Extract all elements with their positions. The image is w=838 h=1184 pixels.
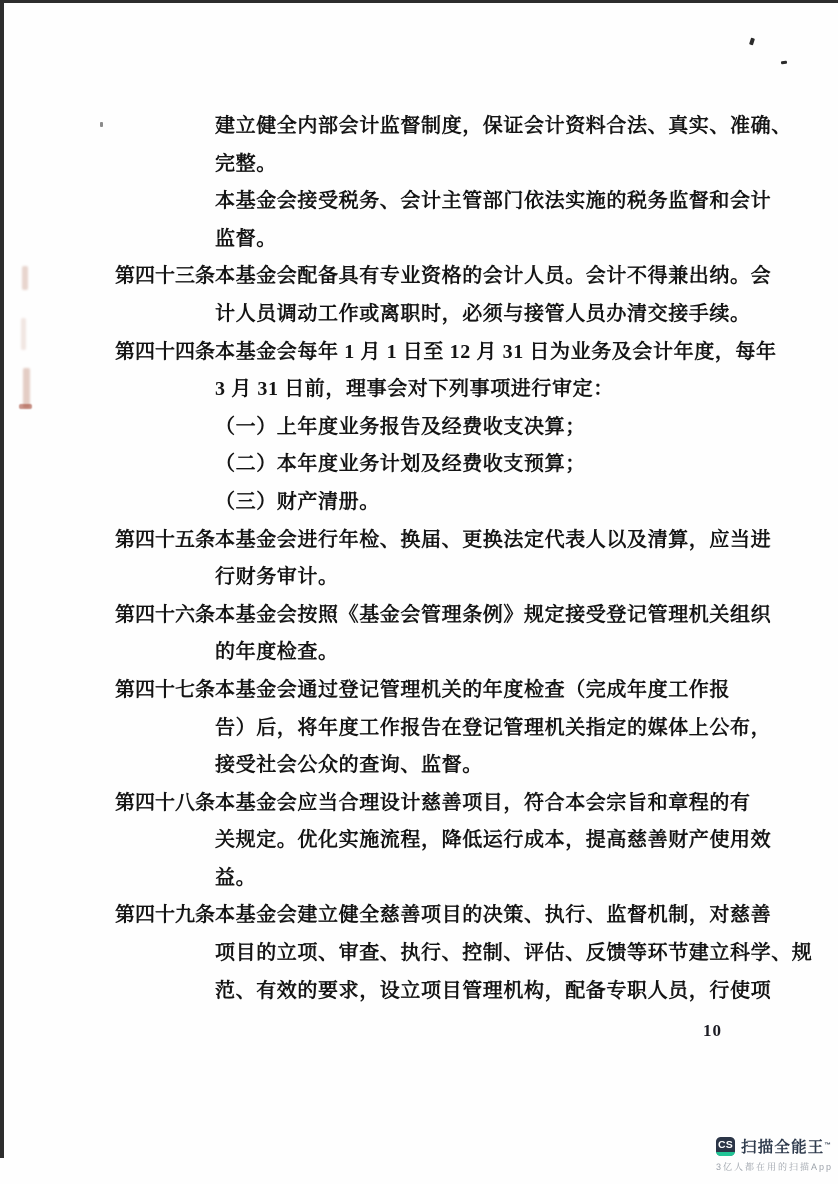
text-line: 项目的立项、审查、执行、控制、评估、反馈等环节建立科学、规 bbox=[215, 935, 805, 973]
text-line: （二）本年度业务计划及经费收支预算； bbox=[215, 446, 805, 484]
article-block-43: 第四十三条 本基金会配备具有专业资格的会计人员。会计不得兼出纳。会 计人员调动工… bbox=[115, 258, 805, 333]
text-line: （一）上年度业务报告及经费收支决算； bbox=[215, 409, 805, 447]
article-text: 本基金会按照《基金会管理条例》规定接受登记管理机关组织 的年度检查。 bbox=[215, 597, 805, 672]
document-body: 建立健全内部会计监督制度，保证会计资料合法、真实、准确、 完整。 本基金会接受税… bbox=[115, 108, 805, 1010]
camscanner-logo-letters: CS bbox=[718, 1140, 733, 1151]
text-line: 行财务审计。 bbox=[215, 559, 805, 597]
text-line: 的年度检查。 bbox=[215, 634, 805, 672]
article-text: 本基金会每年 1 月 1 日至 12 月 31 日为业务及会计年度，每年 3 月… bbox=[215, 334, 805, 522]
text-line: 本基金会配备具有专业资格的会计人员。会计不得兼出纳。会 bbox=[215, 258, 805, 296]
scan-speck bbox=[100, 122, 103, 127]
camscanner-logo-icon: CS bbox=[716, 1137, 735, 1156]
camscanner-brand-text: 扫描全能王 bbox=[741, 1139, 825, 1156]
text-line: 完整。 bbox=[215, 146, 805, 184]
scanned-document-page: 建立健全内部会计监督制度，保证会计资料合法、真实、准确、 完整。 本基金会接受税… bbox=[0, 0, 838, 1184]
article-block-45: 第四十五条 本基金会进行年检、换届、更换法定代表人以及清算，应当进 行财务审计。 bbox=[115, 522, 805, 597]
camscanner-tagline: 3亿人都在用的扫描App bbox=[716, 1160, 830, 1173]
scan-edge-left bbox=[0, 0, 4, 1158]
left-margin-stain bbox=[19, 404, 32, 409]
article-text: 本基金会配备具有专业资格的会计人员。会计不得兼出纳。会 计人员调动工作或离职时，… bbox=[215, 258, 805, 333]
article-text: 本基金会应当合理设计慈善项目，符合本会宗旨和章程的有 关规定。优化实施流程，降低… bbox=[215, 785, 805, 898]
article-number: 第四十六条 bbox=[115, 597, 215, 672]
text-line: 3 月 31 日前，理事会对下列事项进行审定： bbox=[215, 371, 805, 409]
article-block-46: 第四十六条 本基金会按照《基金会管理条例》规定接受登记管理机关组织 的年度检查。 bbox=[115, 597, 805, 672]
text-line: 告）后，将年度工作报告在登记管理机关指定的媒体上公布， bbox=[215, 710, 805, 748]
camscanner-brand-row: CS 扫描全能王™ bbox=[716, 1135, 830, 1157]
text-line: 关规定。优化实施流程，降低运行成本，提高慈善财产使用效 bbox=[215, 822, 805, 860]
article-number: 第四十四条 bbox=[115, 334, 215, 522]
text-line: 监督。 bbox=[215, 221, 805, 259]
text-line: 计人员调动工作或离职时，必须与接管人员办清交接手续。 bbox=[215, 296, 805, 334]
camscanner-brand-name: 扫描全能王™ bbox=[741, 1135, 832, 1157]
paragraph-block: 本基金会接受税务、会计主管部门依法实施的税务监督和会计 监督。 bbox=[115, 183, 805, 258]
text-line: 范、有效的要求，设立项目管理机构，配备专职人员，行使项 bbox=[215, 973, 805, 1011]
trademark-symbol: ™ bbox=[825, 1142, 833, 1149]
camscanner-logo-accent-bar bbox=[716, 1152, 735, 1156]
text-line: 本基金会每年 1 月 1 日至 12 月 31 日为业务及会计年度，每年 bbox=[215, 334, 805, 372]
article-number: 第四十三条 bbox=[115, 258, 215, 333]
article-number: 第四十五条 bbox=[115, 522, 215, 597]
text-line: 本基金会接受税务、会计主管部门依法实施的税务监督和会计 bbox=[215, 183, 805, 221]
scan-edge-top bbox=[0, 0, 838, 3]
article-text: 本基金会建立健全慈善项目的决策、执行、监督机制，对慈善 项目的立项、审查、执行、… bbox=[215, 897, 805, 1010]
article-block-49: 第四十九条 本基金会建立健全慈善项目的决策、执行、监督机制，对慈善 项目的立项、… bbox=[115, 897, 805, 1010]
article-number bbox=[115, 108, 215, 183]
left-margin-stain bbox=[22, 266, 28, 290]
text-line: 本基金会进行年检、换届、更换法定代表人以及清算，应当进 bbox=[215, 522, 805, 560]
text-line: 益。 bbox=[215, 860, 805, 898]
text-line: 本基金会按照《基金会管理条例》规定接受登记管理机关组织 bbox=[215, 597, 805, 635]
text-line: 本基金会应当合理设计慈善项目，符合本会宗旨和章程的有 bbox=[215, 785, 805, 823]
page-number: 10 bbox=[703, 1021, 722, 1041]
left-margin-stain bbox=[23, 368, 30, 408]
article-text: 建立健全内部会计监督制度，保证会计资料合法、真实、准确、 完整。 bbox=[215, 108, 805, 183]
article-number: 第四十九条 bbox=[115, 897, 215, 1010]
article-text: 本基金会进行年检、换届、更换法定代表人以及清算，应当进 行财务审计。 bbox=[215, 522, 805, 597]
text-line: （三）财产清册。 bbox=[215, 484, 805, 522]
article-number: 第四十七条 bbox=[115, 672, 215, 785]
text-line: 本基金会建立健全慈善项目的决策、执行、监督机制，对慈善 bbox=[215, 897, 805, 935]
article-text: 本基金会接受税务、会计主管部门依法实施的税务监督和会计 监督。 bbox=[215, 183, 805, 258]
article-block-48: 第四十八条 本基金会应当合理设计慈善项目，符合本会宗旨和章程的有 关规定。优化实… bbox=[115, 785, 805, 898]
paragraph-block: 建立健全内部会计监督制度，保证会计资料合法、真实、准确、 完整。 bbox=[115, 108, 805, 183]
text-line: 本基金会通过登记管理机关的年度检查（完成年度工作报 bbox=[215, 672, 805, 710]
text-line: 建立健全内部会计监督制度，保证会计资料合法、真实、准确、 bbox=[215, 108, 805, 146]
scan-speck bbox=[749, 38, 755, 46]
article-block-47: 第四十七条 本基金会通过登记管理机关的年度检查（完成年度工作报 告）后，将年度工… bbox=[115, 672, 805, 785]
left-margin-stain bbox=[21, 318, 26, 350]
article-block-44: 第四十四条 本基金会每年 1 月 1 日至 12 月 31 日为业务及会计年度，… bbox=[115, 334, 805, 522]
article-number: 第四十八条 bbox=[115, 785, 215, 898]
article-number bbox=[115, 183, 215, 258]
article-text: 本基金会通过登记管理机关的年度检查（完成年度工作报 告）后，将年度工作报告在登记… bbox=[215, 672, 805, 785]
camscanner-watermark: CS 扫描全能王™ 3亿人都在用的扫描App bbox=[716, 1135, 830, 1173]
text-line: 接受社会公众的查询、监督。 bbox=[215, 747, 805, 785]
scan-speck bbox=[781, 61, 787, 65]
